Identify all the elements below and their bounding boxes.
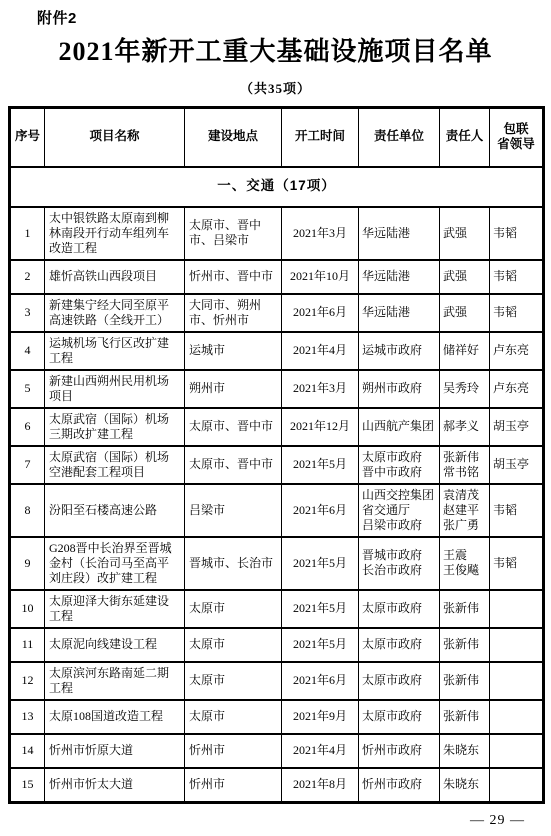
page-subtitle: （共35项）	[0, 78, 551, 97]
table-row: 8 汾阳至石楼高速公路 吕梁市 2021年6月 山西交控集团 省交通厅 吕梁市政…	[10, 484, 544, 537]
cell-responsible-person: 张新伟	[440, 590, 490, 628]
cell-no: 8	[10, 484, 45, 537]
cell-no: 4	[10, 332, 45, 370]
cell-start-time: 2021年5月	[282, 446, 359, 484]
cell-start-time: 2021年5月	[282, 590, 359, 628]
cell-no: 1	[10, 207, 45, 260]
cell-location: 大同市、朔州市、忻州市	[185, 294, 282, 332]
table-row: 6 太原武宿（国际）机场三期改扩建工程 太原市、晋中市 2021年12月 山西航…	[10, 408, 544, 446]
cell-start-time: 2021年4月	[282, 734, 359, 768]
cell-location: 晋城市、长治市	[185, 537, 282, 590]
cell-location: 太原市、晋中市、吕梁市	[185, 207, 282, 260]
cell-start-time: 2021年6月	[282, 484, 359, 537]
cell-responsible-unit: 太原市政府	[359, 590, 440, 628]
table-row: 2 雄忻高铁山西段项目 忻州市、晋中市 2021年10月 华远陆港 武强 韦韬	[10, 260, 544, 294]
cell-responsible-person: 郝孝义	[440, 408, 490, 446]
cell-responsible-unit: 太原市政府	[359, 628, 440, 662]
cell-responsible-person: 储祥好	[440, 332, 490, 370]
cell-provincial-leader: 胡玉亭	[490, 408, 544, 446]
cell-provincial-leader	[490, 734, 544, 768]
attachment-label: 附件2	[37, 7, 77, 28]
header-provincial-leader: 包联 省领导	[490, 107, 544, 167]
cell-project-name: G208晋中长治界至晋城金村（长治司马至高平刘庄段）改扩建工程	[45, 537, 185, 590]
cell-no: 7	[10, 446, 45, 484]
table-row: 15 忻州市忻太大道 忻州市 2021年8月 忻州市政府 朱晓东	[10, 768, 544, 803]
cell-no: 13	[10, 700, 45, 734]
table-row: 4 运城机场飞行区改扩建工程 运城市 2021年4月 运城市政府 储祥好 卢东亮	[10, 332, 544, 370]
cell-responsible-unit: 忻州市政府	[359, 734, 440, 768]
cell-project-name: 太中银铁路太原南到柳林南段开行动车组列车改造工程	[45, 207, 185, 260]
page-title: 2021年新开工重大基础设施项目名单	[0, 0, 551, 69]
cell-start-time: 2021年12月	[282, 408, 359, 446]
cell-project-name: 忻州市忻原大道	[45, 734, 185, 768]
table-row: 9 G208晋中长治界至晋城金村（长治司马至高平刘庄段）改扩建工程 晋城市、长治…	[10, 537, 544, 590]
cell-provincial-leader: 韦韬	[490, 294, 544, 332]
cell-location: 忻州市	[185, 734, 282, 768]
cell-responsible-person: 武强	[440, 294, 490, 332]
cell-location: 太原市、晋中市	[185, 446, 282, 484]
cell-responsible-unit: 华远陆港	[359, 260, 440, 294]
cell-project-name: 太原武宿（国际）机场三期改扩建工程	[45, 408, 185, 446]
cell-project-name: 忻州市忻太大道	[45, 768, 185, 803]
projects-table: 序号 项目名称 建设地点 开工时间 责任单位 责任人 包联 省领导 一、交通（1…	[8, 106, 545, 804]
table-row: 1 太中银铁路太原南到柳林南段开行动车组列车改造工程 太原市、晋中市、吕梁市 2…	[10, 207, 544, 260]
cell-responsible-person: 王震 王俊飚	[440, 537, 490, 590]
cell-location: 太原市	[185, 662, 282, 700]
cell-provincial-leader: 韦韬	[490, 260, 544, 294]
cell-location: 吕梁市	[185, 484, 282, 537]
cell-provincial-leader: 韦韬	[490, 484, 544, 537]
cell-location: 忻州市、晋中市	[185, 260, 282, 294]
cell-start-time: 2021年9月	[282, 700, 359, 734]
cell-provincial-leader	[490, 768, 544, 803]
cell-responsible-person: 张新伟	[440, 700, 490, 734]
cell-provincial-leader: 韦韬	[490, 537, 544, 590]
cell-no: 3	[10, 294, 45, 332]
table-row: 3 新建集宁经大同至原平高速铁路（全线开工） 大同市、朔州市、忻州市 2021年…	[10, 294, 544, 332]
document-page: 附件2 2021年新开工重大基础设施项目名单 （共35项） 序号 项目名称 建设…	[0, 0, 551, 836]
cell-location: 太原市、晋中市	[185, 408, 282, 446]
header-no: 序号	[10, 107, 45, 167]
section-row: 一、交通（17项）	[10, 167, 544, 207]
cell-start-time: 2021年5月	[282, 628, 359, 662]
table-body: 一、交通（17项） 1 太中银铁路太原南到柳林南段开行动车组列车改造工程 太原市…	[10, 167, 544, 803]
cell-project-name: 汾阳至石楼高速公路	[45, 484, 185, 537]
cell-responsible-unit: 太原市政府	[359, 700, 440, 734]
cell-location: 太原市	[185, 628, 282, 662]
cell-responsible-unit: 太原市政府 晋中市政府	[359, 446, 440, 484]
header-project-name: 项目名称	[45, 107, 185, 167]
header-start-time: 开工时间	[282, 107, 359, 167]
cell-no: 5	[10, 370, 45, 408]
cell-project-name: 雄忻高铁山西段项目	[45, 260, 185, 294]
cell-provincial-leader: 卢东亮	[490, 370, 544, 408]
cell-location: 太原市	[185, 590, 282, 628]
cell-project-name: 新建山西朔州民用机场项目	[45, 370, 185, 408]
cell-no: 10	[10, 590, 45, 628]
cell-responsible-unit: 华远陆港	[359, 294, 440, 332]
cell-location: 忻州市	[185, 768, 282, 803]
cell-responsible-person: 朱晓东	[440, 734, 490, 768]
cell-provincial-leader	[490, 662, 544, 700]
cell-start-time: 2021年6月	[282, 294, 359, 332]
cell-no: 12	[10, 662, 45, 700]
cell-no: 15	[10, 768, 45, 803]
cell-responsible-unit: 华远陆港	[359, 207, 440, 260]
header-responsible-person: 责任人	[440, 107, 490, 167]
cell-responsible-person: 武强	[440, 207, 490, 260]
cell-project-name: 太原滨河东路南延二期工程	[45, 662, 185, 700]
cell-responsible-unit: 朔州市政府	[359, 370, 440, 408]
header-row: 序号 项目名称 建设地点 开工时间 责任单位 责任人 包联 省领导	[10, 107, 544, 167]
cell-project-name: 太原迎泽大街东延建设工程	[45, 590, 185, 628]
cell-responsible-unit: 山西航产集团	[359, 408, 440, 446]
cell-responsible-person: 张新伟 常书铭	[440, 446, 490, 484]
cell-responsible-person: 朱晓东	[440, 768, 490, 803]
cell-responsible-unit: 山西交控集团 省交通厅 吕梁市政府	[359, 484, 440, 537]
cell-start-time: 2021年8月	[282, 768, 359, 803]
cell-provincial-leader	[490, 590, 544, 628]
cell-responsible-unit: 忻州市政府	[359, 768, 440, 803]
header-responsible-unit: 责任单位	[359, 107, 440, 167]
cell-start-time: 2021年6月	[282, 662, 359, 700]
cell-responsible-person: 武强	[440, 260, 490, 294]
table-row: 13 太原108国道改造工程 太原市 2021年9月 太原市政府 张新伟	[10, 700, 544, 734]
cell-project-name: 太原武宿（国际）机场空港配套工程项目	[45, 446, 185, 484]
table-header: 序号 项目名称 建设地点 开工时间 责任单位 责任人 包联 省领导	[10, 107, 544, 167]
table-row: 5 新建山西朔州民用机场项目 朔州市 2021年3月 朔州市政府 吴秀玲 卢东亮	[10, 370, 544, 408]
cell-start-time: 2021年5月	[282, 537, 359, 590]
cell-location: 运城市	[185, 332, 282, 370]
table-row: 11 太原泥向线建设工程 太原市 2021年5月 太原市政府 张新伟	[10, 628, 544, 662]
cell-no: 11	[10, 628, 45, 662]
cell-project-name: 太原108国道改造工程	[45, 700, 185, 734]
cell-location: 朔州市	[185, 370, 282, 408]
cell-provincial-leader	[490, 700, 544, 734]
cell-responsible-unit: 晋城市政府 长治市政府	[359, 537, 440, 590]
cell-start-time: 2021年3月	[282, 370, 359, 408]
cell-start-time: 2021年10月	[282, 260, 359, 294]
cell-no: 14	[10, 734, 45, 768]
section-title: 一、交通（17项）	[10, 167, 544, 207]
cell-provincial-leader	[490, 628, 544, 662]
cell-project-name: 太原泥向线建设工程	[45, 628, 185, 662]
cell-responsible-person: 吴秀玲	[440, 370, 490, 408]
table-row: 7 太原武宿（国际）机场空港配套工程项目 太原市、晋中市 2021年5月 太原市…	[10, 446, 544, 484]
cell-responsible-person: 袁清茂 赵建平 张广勇	[440, 484, 490, 537]
table-row: 10 太原迎泽大街东延建设工程 太原市 2021年5月 太原市政府 张新伟	[10, 590, 544, 628]
cell-provincial-leader: 胡玉亭	[490, 446, 544, 484]
cell-project-name: 新建集宁经大同至原平高速铁路（全线开工）	[45, 294, 185, 332]
header-location: 建设地点	[185, 107, 282, 167]
cell-responsible-unit: 太原市政府	[359, 662, 440, 700]
page-number: — 29 —	[470, 813, 525, 829]
cell-no: 9	[10, 537, 45, 590]
cell-no: 6	[10, 408, 45, 446]
cell-provincial-leader: 卢东亮	[490, 332, 544, 370]
cell-responsible-person: 张新伟	[440, 628, 490, 662]
cell-no: 2	[10, 260, 45, 294]
cell-responsible-person: 张新伟	[440, 662, 490, 700]
table-row: 14 忻州市忻原大道 忻州市 2021年4月 忻州市政府 朱晓东	[10, 734, 544, 768]
table-row: 12 太原滨河东路南延二期工程 太原市 2021年6月 太原市政府 张新伟	[10, 662, 544, 700]
cell-project-name: 运城机场飞行区改扩建工程	[45, 332, 185, 370]
cell-location: 太原市	[185, 700, 282, 734]
cell-provincial-leader: 韦韬	[490, 207, 544, 260]
cell-start-time: 2021年4月	[282, 332, 359, 370]
cell-responsible-unit: 运城市政府	[359, 332, 440, 370]
cell-start-time: 2021年3月	[282, 207, 359, 260]
